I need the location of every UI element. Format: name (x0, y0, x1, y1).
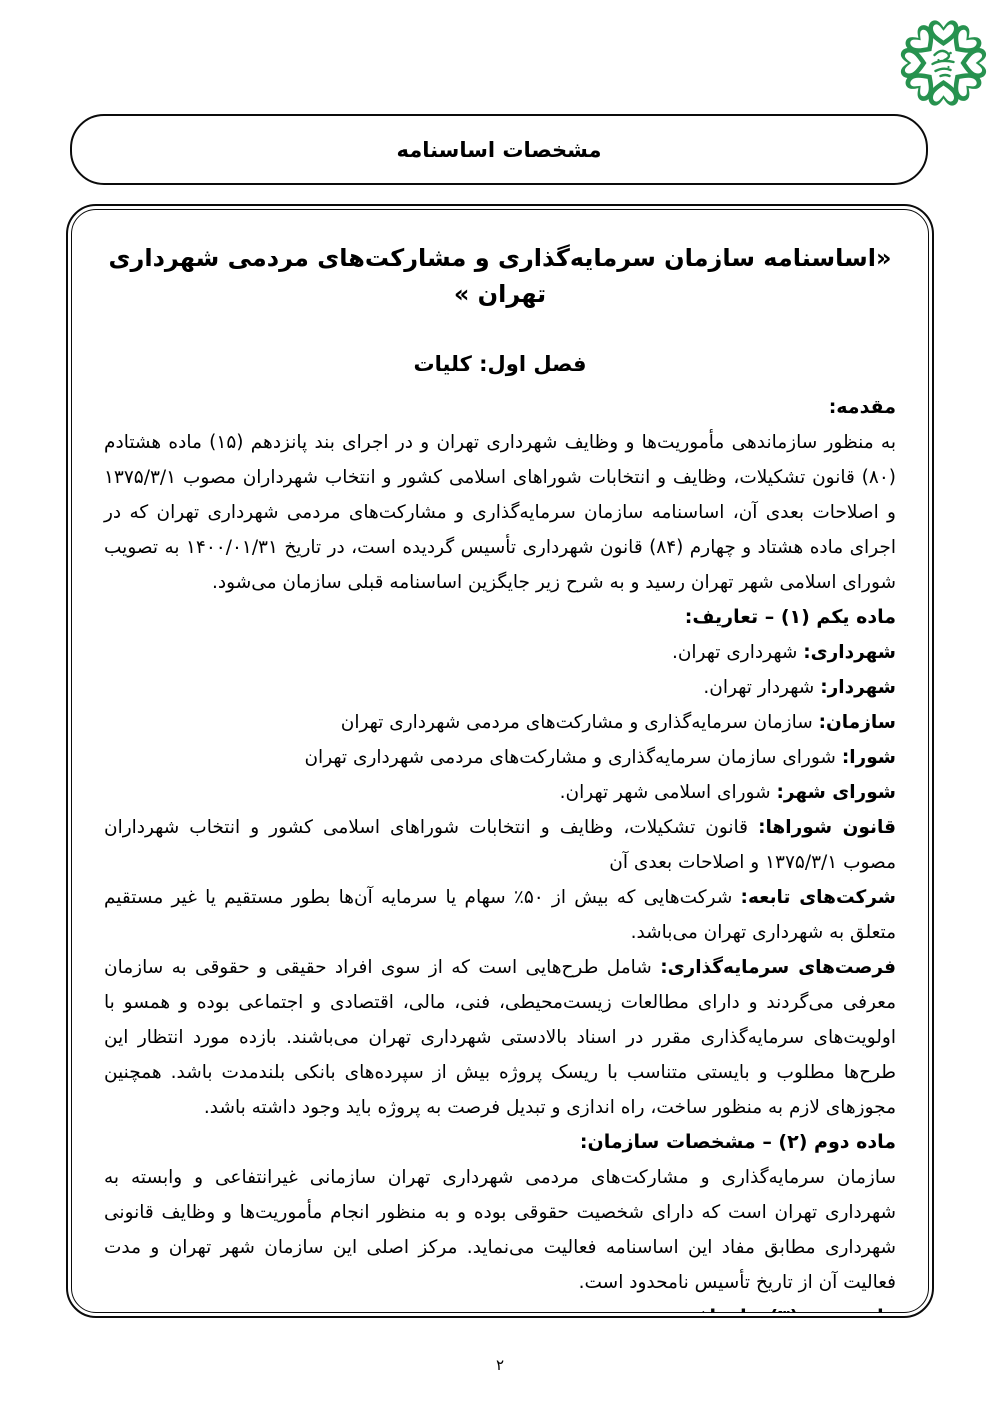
definition-item: شهردار: شهردار تهران. (104, 670, 896, 705)
definition-item: شورای شهر: شورای اسلامی شهر تهران. (104, 775, 896, 810)
section-heading: مقدمه: (104, 390, 896, 425)
definition-item: سازمان: سازمان سرمایه‌گذاری و مشارکت‌های… (104, 705, 896, 740)
definition-term: شورای شهر: (777, 782, 897, 803)
definition-term: قانون شوراها: (758, 817, 896, 838)
definition-item: شورا: شورای سازمان سرمایه‌گذاری و مشارکت… (104, 740, 896, 775)
definition-item: شهرداری: شهرداری تهران. (104, 635, 896, 670)
definition-term: شهردار: (820, 677, 896, 698)
statute-frame: «اساسنامه سازمان سرمایه‌گذاری و مشارکت‌ه… (66, 204, 934, 1318)
chapter-heading: فصل اول: کلیات (104, 352, 896, 376)
page-number: ۲ (0, 1356, 1000, 1374)
header-title: مشخصات اساسنامه (396, 138, 601, 162)
paragraph: به منظور سازماندهی مأموریت‌ها و وظایف شه… (104, 425, 896, 600)
definition-item: شرکت‌های تابعه: شرکت‌هایی که بیش از ۵۰٪ … (104, 880, 896, 950)
document-body: مقدمه:به منظور سازماندهی مأموریت‌ها و وظ… (104, 390, 896, 1313)
definition-term: سازمان: (819, 712, 896, 733)
section-heading: ماده یکم (۱) – تعاریف: (104, 600, 896, 635)
document-title: «اساسنامه سازمان سرمایه‌گذاری و مشارکت‌ه… (104, 240, 896, 312)
section-heading: ماده سوم (۳) – اهداف: (104, 1300, 896, 1313)
document-page: مشخصات اساسنامه «اساسنامه سازمان سرمایه‌… (0, 0, 1000, 1415)
tehran-municipality-logo-icon (892, 13, 995, 113)
statute-frame-inner: «اساسنامه سازمان سرمایه‌گذاری و مشارکت‌ه… (71, 209, 929, 1313)
paragraph: سازمان سرمایه‌گذاری و مشارکت‌های مردمی ش… (104, 1160, 896, 1300)
section-heading: ماده دوم (۲) – مشخصات سازمان: (104, 1125, 896, 1160)
definition-term: شهرداری: (803, 642, 896, 663)
definition-item: فرصت‌های سرمایه‌گذاری: شامل طرح‌هایی است… (104, 950, 896, 1125)
definition-term: فرصت‌های سرمایه‌گذاری: (660, 957, 896, 978)
header-title-box: مشخصات اساسنامه (70, 114, 928, 185)
definition-term: شرکت‌های تابعه: (741, 887, 896, 908)
definition-term: شورا: (842, 747, 896, 768)
definition-item: قانون شوراها: قانون تشکیلات، وظایف و انت… (104, 810, 896, 880)
